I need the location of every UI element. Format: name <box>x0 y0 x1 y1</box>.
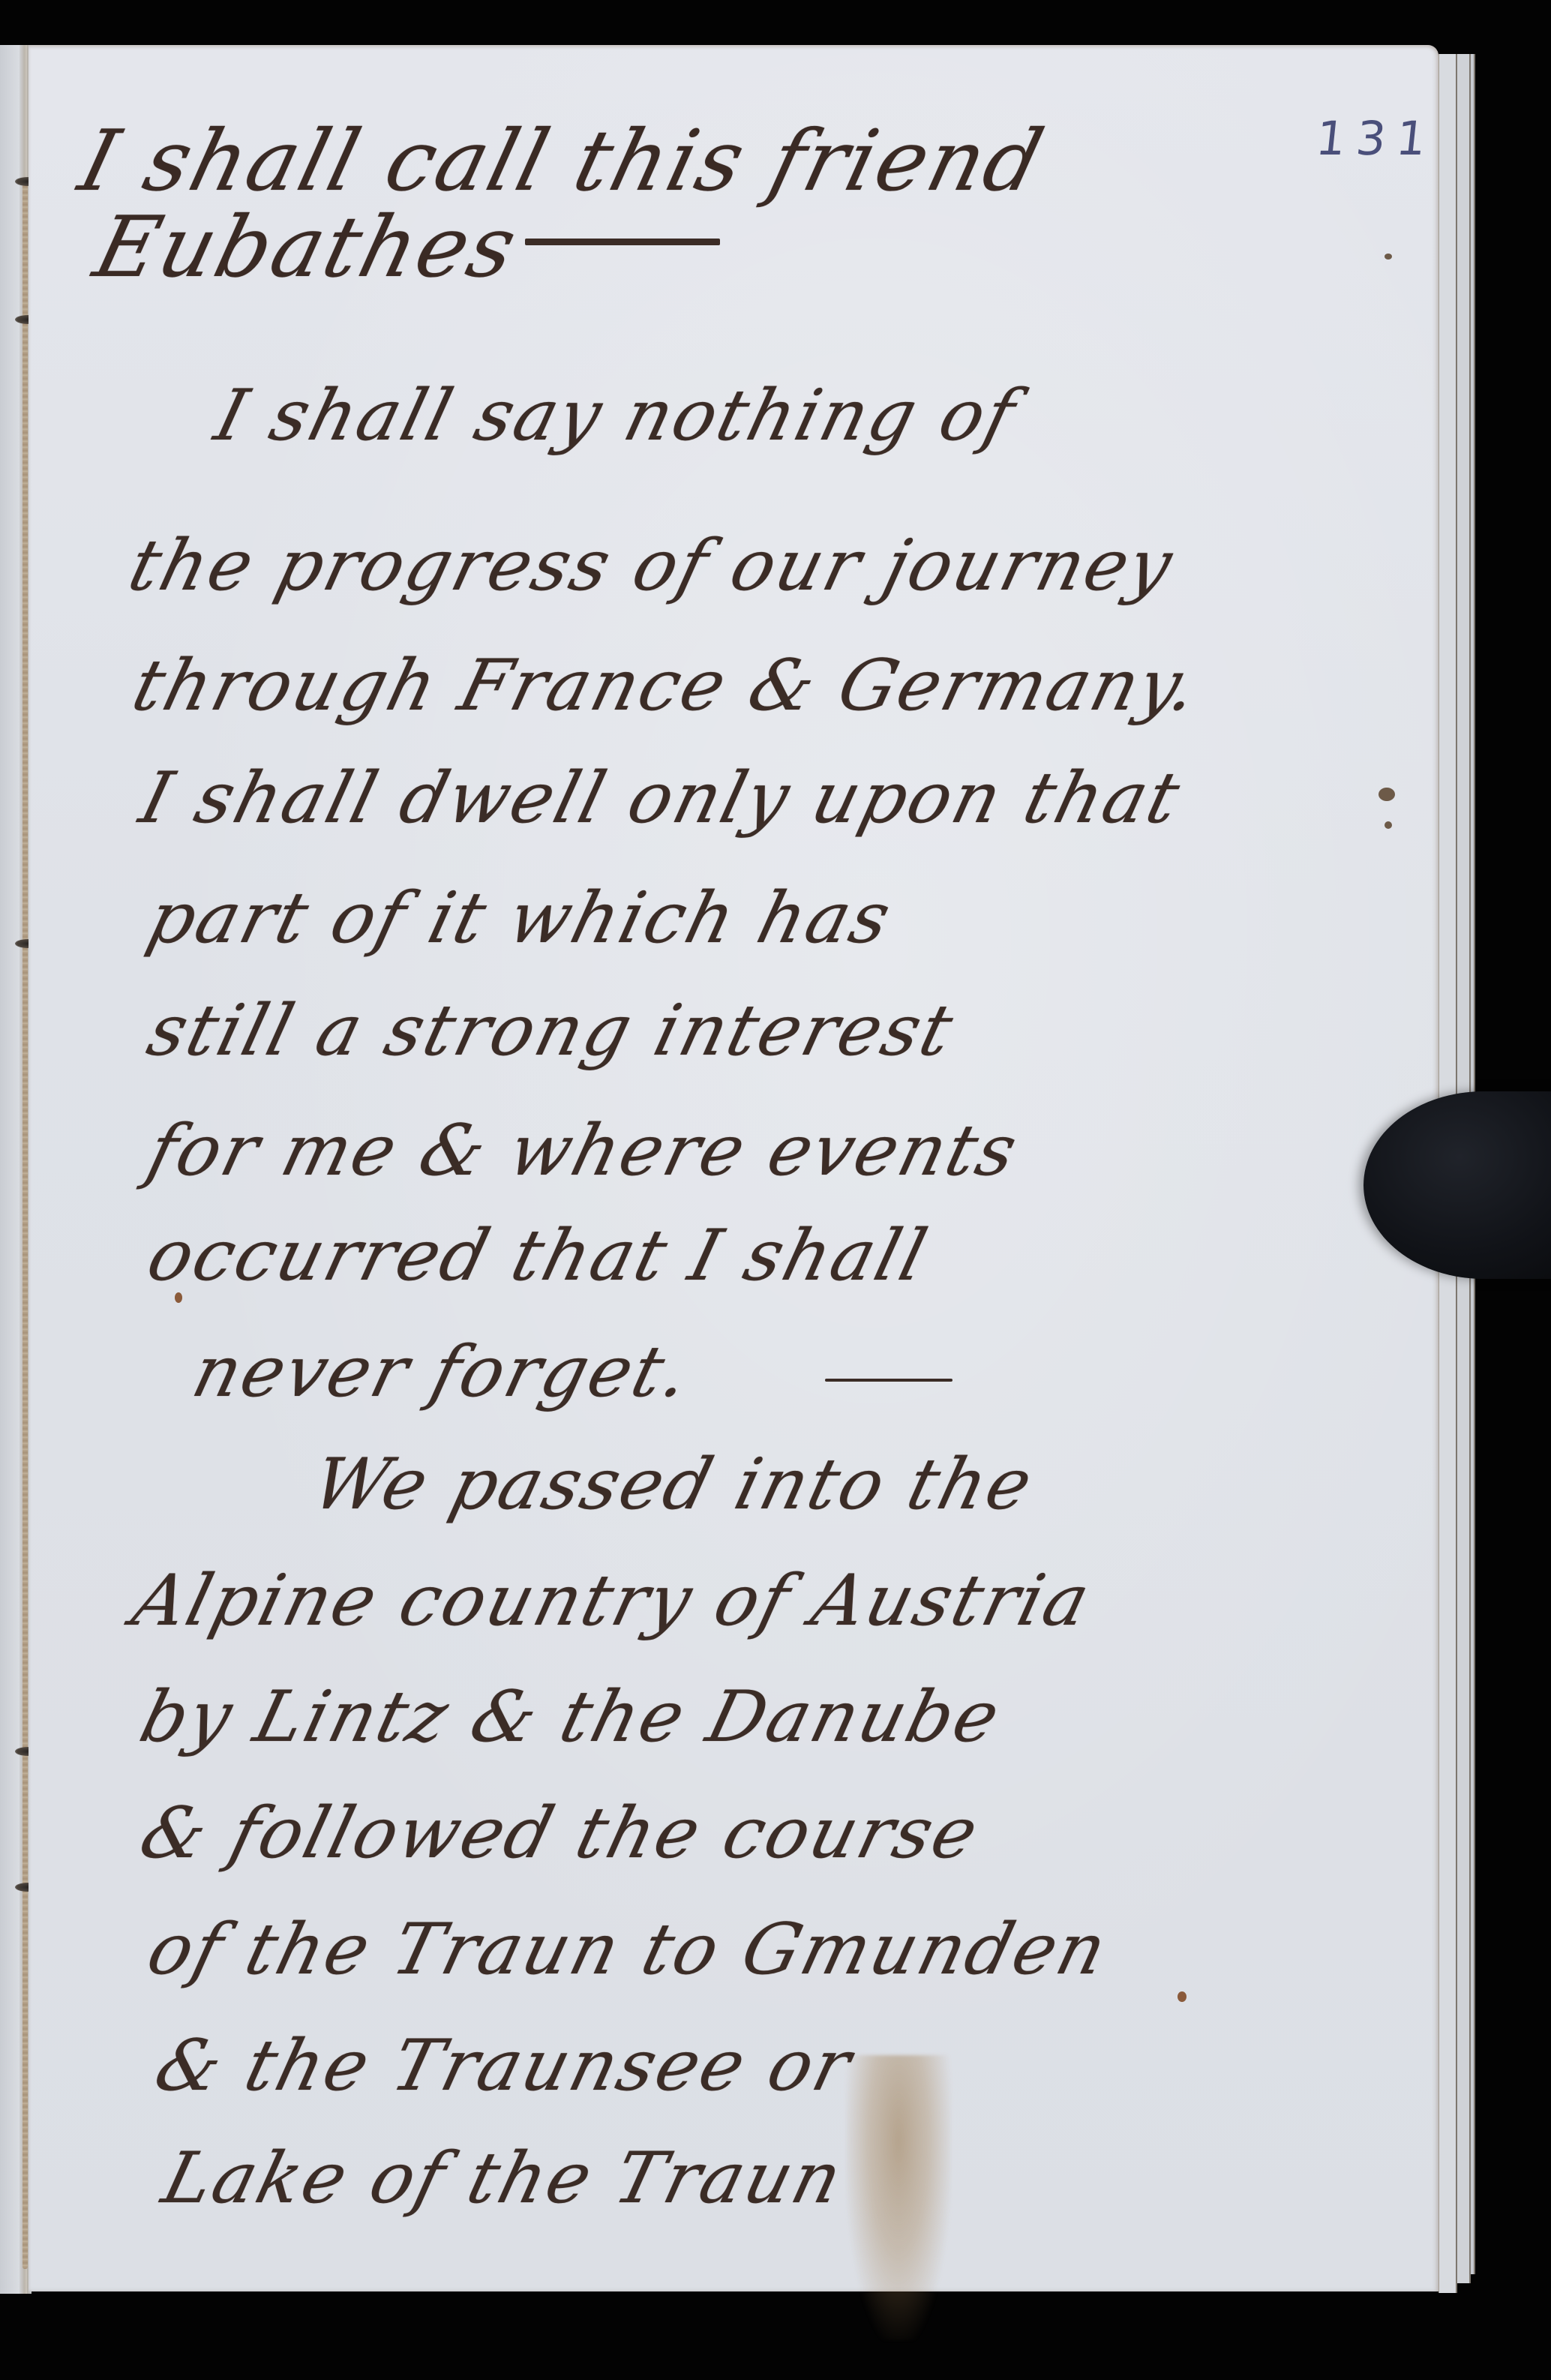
body-line: & the Traunsee or <box>147 2025 860 2107</box>
flourish-rule <box>525 239 720 245</box>
body-line: of the Traun to Gmunden <box>139 1909 1116 1991</box>
body-line: still a strong interest <box>139 990 962 1072</box>
heading-line: I shall call this friend <box>70 113 1054 210</box>
body-line: by Lintz & the Danube <box>132 1676 1009 1758</box>
body-line: Lake of the Traun <box>154 2138 851 2219</box>
heading-line: Eubathes <box>85 199 528 296</box>
body-line: occurred that I shall <box>139 1215 936 1297</box>
handwritten-text: I shall call this friend Eubathes I shal… <box>0 0 1551 2380</box>
body-line: Alpine country of Austria <box>124 1560 1099 1642</box>
body-line: the progress of our journey <box>121 525 1182 607</box>
body-line: We passed into the <box>304 1444 1042 1526</box>
body-line: never forget. <box>184 1331 699 1413</box>
body-line: part of it which has <box>139 878 900 959</box>
dash-rule <box>825 1379 952 1382</box>
body-line: for me & where events <box>139 1110 1027 1192</box>
body-line: through France & Germany. <box>124 645 1207 727</box>
body-line: & followed the course <box>132 1793 987 1874</box>
body-line: I shall say nothing of <box>207 375 1024 457</box>
body-line: I shall dwell only upon that <box>132 758 1189 839</box>
